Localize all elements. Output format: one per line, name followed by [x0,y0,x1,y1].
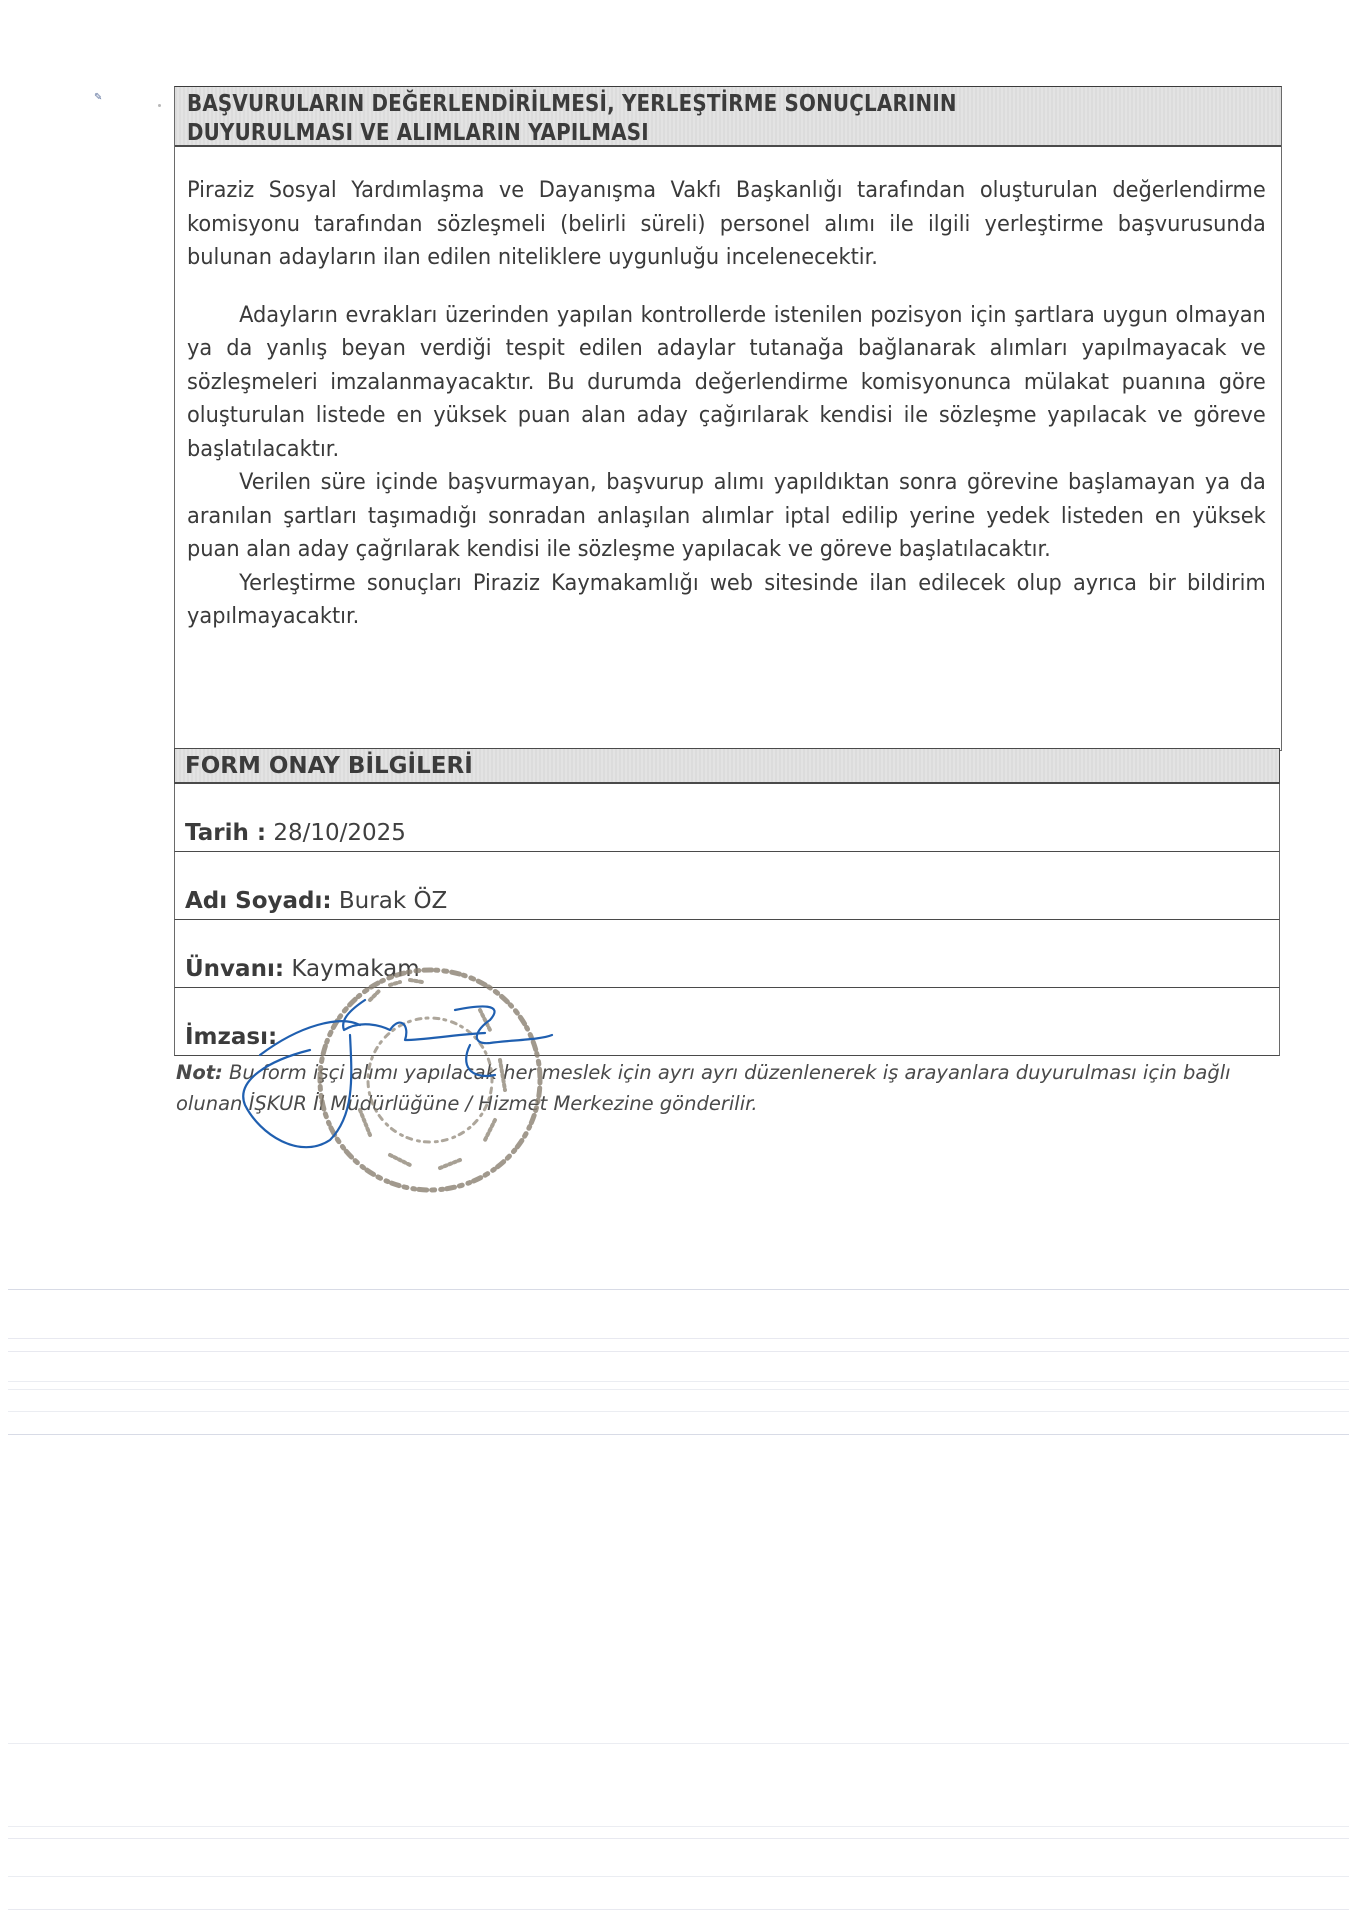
section-body: Piraziz Sosyal Yardımlaşma ve Dayanışma … [175,174,1281,634]
scan-line [8,1838,1349,1839]
evaluation-section: BAŞVURULARIN DEĞERLENDİRİLMESİ, YERLEŞTİ… [174,86,1282,751]
title-row: Ünvanı: Kaymakam [174,920,1280,988]
paragraph-document-check: Adayların evrakları üzerinden yapılan ko… [187,299,1266,467]
scan-line [8,1411,1349,1412]
form-approval-table: FORM ONAY BİLGİLERİ Tarih : 28/10/2025 A… [174,748,1280,1056]
scan-line [8,1743,1349,1744]
job-title-label: Ünvanı: [185,956,284,982]
scan-artifact [158,104,161,107]
date-value: 28/10/2025 [273,820,406,846]
scan-line [8,1289,1349,1290]
scan-line [8,1909,1349,1910]
scan-line [8,1338,1349,1339]
form-approval-title: FORM ONAY BİLGİLERİ [174,748,1280,784]
paragraph-results-announcement: Yerleştirme sonuçları Piraziz Kaymakamlı… [187,567,1266,634]
scan-line [8,1389,1349,1390]
scan-artifact-icon: ✎ [94,92,104,100]
date-label: Tarih : [185,820,266,846]
job-title-value: Kaymakam [291,956,419,982]
section-title-line2: DUYURULMASI VE ALIMLARIN YAPILMASI [187,119,1226,148]
paragraph-replacement: Verilen süre içinde başvurmayan, başvuru… [187,466,1266,567]
signature-row: İmzası: [174,988,1280,1056]
scan-line [8,1434,1349,1435]
scan-line [8,1381,1349,1382]
scan-line [8,1351,1349,1352]
note-label: Not: [176,1061,223,1084]
signature-label: İmzası: [185,1024,277,1050]
date-row: Tarih : 28/10/2025 [174,784,1280,852]
note-text: Bu form işçi alımı yapılacak her meslek … [176,1061,1231,1115]
section-title-line1: BAŞVURULARIN DEĞERLENDİRİLMESİ, YERLEŞTİ… [187,90,1226,119]
section-title: BAŞVURULARIN DEĞERLENDİRİLMESİ, YERLEŞTİ… [175,87,1281,147]
name-row: Adı Soyadı: Burak ÖZ [174,852,1280,920]
scan-line [8,1826,1349,1827]
scan-line [8,1876,1349,1877]
name-label: Adı Soyadı: [185,888,332,914]
footnote: Not: Bu form işçi alımı yapılacak her me… [176,1057,1276,1119]
paragraph-commission: Piraziz Sosyal Yardımlaşma ve Dayanışma … [187,174,1266,275]
name-value: Burak ÖZ [339,888,447,914]
